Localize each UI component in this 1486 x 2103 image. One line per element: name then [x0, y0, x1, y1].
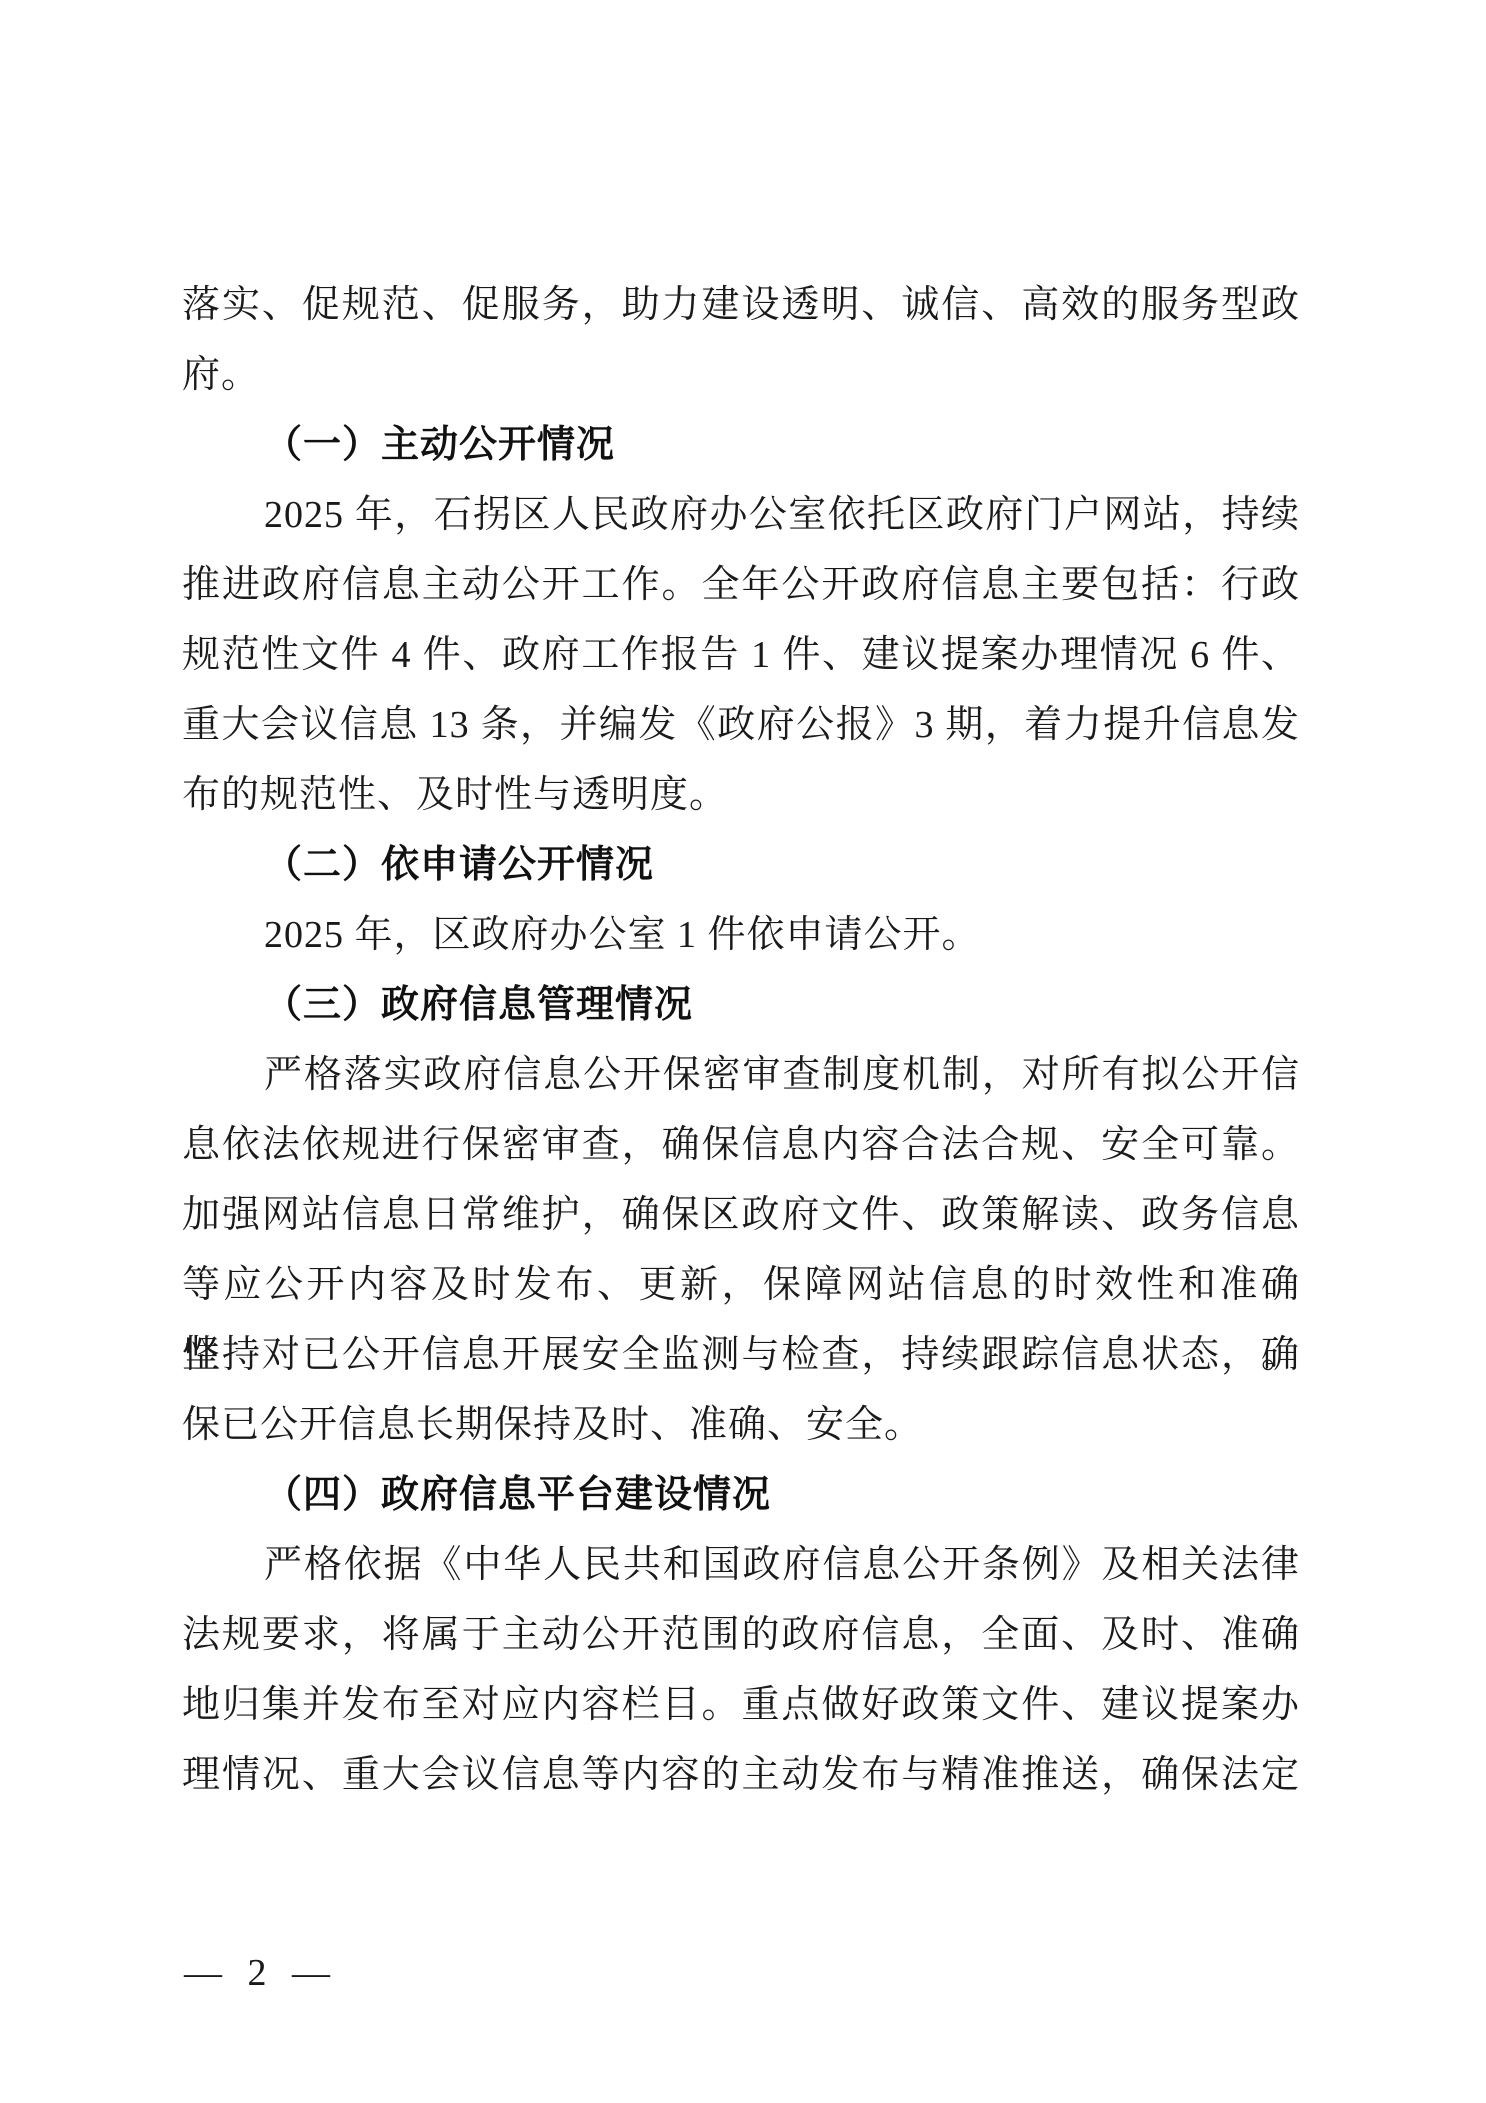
text-line: 加强网站信息日常维护，确保区政府文件、政策解读、政务信息: [182, 1180, 1300, 1250]
text-line: 理情况、重大会议信息等内容的主动发布与精准推送，确保法定: [182, 1740, 1300, 1810]
text-line: 严格落实政府信息公开保密审查制度机制，对所有拟公开信: [182, 1040, 1300, 1110]
section-heading: （四）政府信息平台建设情况: [182, 1460, 1300, 1530]
text-line: 息依法依规进行保密审查，确保信息内容合法合规、安全可靠。: [182, 1110, 1300, 1180]
section-heading: （二）依申请公开情况: [182, 830, 1300, 900]
document-page: 落实、促规范、促服务，助力建设透明、诚信、高效的服务型政府。（一）主动公开情况2…: [0, 0, 1486, 2103]
text-line: 重大会议信息 13 条，并编发《政府公报》3 期，着力提升信息发: [182, 690, 1300, 760]
text-line: 地归集并发布至对应内容栏目。重点做好政策文件、建议提案办: [182, 1670, 1300, 1740]
text-line: 法规要求，将属于主动公开范围的政府信息，全面、及时、准确: [182, 1600, 1300, 1670]
text-line: 保已公开信息长期保持及时、准确、安全。: [182, 1390, 1300, 1460]
text-line: 坚持对已公开信息开展安全监测与检查，持续跟踪信息状态，确: [182, 1320, 1300, 1390]
section-heading: （一）主动公开情况: [182, 410, 1300, 480]
text-line: 2025 年，石拐区人民政府办公室依托区政府门户网站，持续: [182, 480, 1300, 550]
text-line: 布的规范性、及时性与透明度。: [182, 760, 1300, 830]
text-line: 规范性文件 4 件、政府工作报告 1 件、建议提案办理情况 6 件、: [182, 620, 1300, 690]
text-line: 落实、促规范、促服务，助力建设透明、诚信、高效的服务型政: [182, 270, 1300, 340]
text-line: 等应公开内容及时发布、更新，保障网站信息的时效性和准确性。: [182, 1250, 1300, 1320]
text-line: 推进政府信息主动公开工作。全年公开政府信息主要包括：行政: [182, 550, 1300, 620]
text-line: 2025 年，区政府办公室 1 件依申请公开。: [182, 900, 1300, 970]
section-heading: （三）政府信息管理情况: [182, 970, 1300, 1040]
text-line: 府。: [182, 340, 1300, 410]
document-body: 落实、促规范、促服务，助力建设透明、诚信、高效的服务型政府。（一）主动公开情况2…: [182, 270, 1300, 1810]
page-number: — 2 —: [184, 1942, 330, 2004]
text-line: 严格依据《中华人民共和国政府信息公开条例》及相关法律: [182, 1530, 1300, 1600]
